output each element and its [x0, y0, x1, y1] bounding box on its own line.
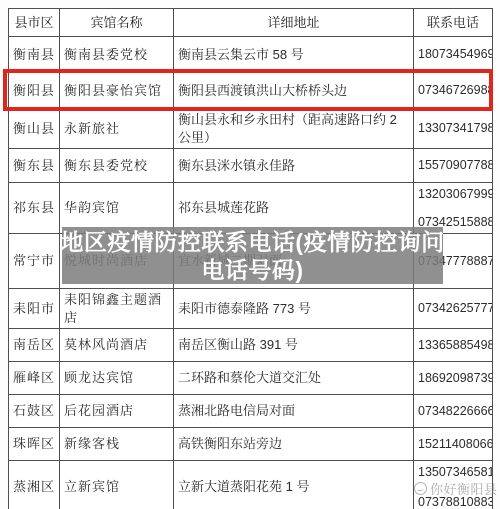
- table-row: 衡东县 衡东县委党校 衡东县洣水镇永佳路 15570907788: [9, 149, 493, 183]
- cell-address: 南岳区衡山路 391 号: [174, 329, 414, 362]
- header-phone: 联系电话: [414, 9, 493, 37]
- table-row-highlighted: 衡阳县 衡阳县豪怡宾馆 衡阳县西渡镇洪山大桥桥头边 07346726988: [9, 73, 493, 109]
- table-row: 蒸湘区 立新宾馆 立新大道蒸阳花苑 1 号 13507346581 073788…: [9, 461, 493, 509]
- cell-phone: 15570907788: [414, 149, 493, 183]
- cell-phone: 07346726988: [414, 73, 493, 109]
- phone-number: 15570907788: [418, 157, 488, 174]
- cell-phone: 13307341798: [414, 109, 493, 149]
- cell-district: 衡南县: [9, 37, 60, 73]
- cell-address: 宜水新城二期对面: [174, 234, 414, 289]
- cell-phone: 15211408066: [414, 428, 493, 461]
- cell-address: 衡山县永和乡永田村（距高速路口约 2 公里）: [174, 109, 414, 149]
- cell-district: 珠晖区: [9, 428, 60, 461]
- cell-hotel: 华韵宾馆: [60, 183, 174, 234]
- cell-hotel: 耒阳锦鑫主题酒店: [60, 289, 174, 329]
- cell-address: 衡南县云集云市 58 号: [174, 37, 414, 73]
- phone-number: 07378810883: [418, 494, 488, 509]
- cell-hotel: 衡东县委党校: [60, 149, 174, 183]
- article-image: 县市区 宾馆名称 详细地址 联系电话 衡南县 衡南县委党校 衡南县云集云市 58…: [0, 0, 500, 509]
- cell-hotel: 悦城时尚酒店: [60, 234, 174, 289]
- header-district: 县市区: [9, 9, 60, 37]
- cell-hotel: 新缘客栈: [60, 428, 174, 461]
- cell-address: 衡阳县西渡镇洪山大桥桥头边: [174, 73, 414, 109]
- cell-phone: 13507346581 07378810883: [414, 461, 493, 509]
- phone-number: 07347778887: [418, 253, 488, 270]
- cell-address: 衡东县洣水镇永佳路: [174, 149, 414, 183]
- phone-number: 13507346581: [418, 464, 488, 481]
- table-row: 耒阳市 耒阳锦鑫主题酒店 耒阳市德泰隆路 773 号 07342625777: [9, 289, 493, 329]
- table-row: 衡南县 衡南县委党校 衡南县云集云市 58 号 18073454969: [9, 37, 493, 73]
- cell-district: 雁峰区: [9, 362, 60, 395]
- cell-district: 衡东县: [9, 149, 60, 183]
- phone-number: 13307341798: [418, 120, 488, 137]
- cell-address: 祁东县城莲花路: [174, 183, 414, 234]
- cell-district: 衡山县: [9, 109, 60, 149]
- cell-hotel: 衡南县委党校: [60, 37, 174, 73]
- header-address: 详细地址: [174, 9, 414, 37]
- phone-number: 07342515888: [418, 214, 488, 231]
- cell-district: 耒阳市: [9, 289, 60, 329]
- table-row: 石鼓区 后花园酒店 蒸湘北路电信局对面 07348226666: [9, 395, 493, 428]
- phone-number: 15211408066: [418, 436, 488, 453]
- cell-address: 高铁衡阳东站旁边: [174, 428, 414, 461]
- table-row: 常宁市 悦城时尚酒店 宜水新城二期对面 07347778887: [9, 234, 493, 289]
- cell-address: 二环路和蔡伦大道交汇处: [174, 362, 414, 395]
- cell-address: 耒阳市德泰隆路 773 号: [174, 289, 414, 329]
- cell-phone: 07348226666: [414, 395, 493, 428]
- table-row: 雁峰区 顾龙达宾馆 二环路和蔡伦大道交汇处 18692098739: [9, 362, 493, 395]
- cell-hotel: 莫林风尚酒店: [60, 329, 174, 362]
- phone-number: 13365885498: [418, 337, 488, 354]
- phone-number: 07348226666: [418, 403, 488, 420]
- cell-district: 祁东县: [9, 183, 60, 234]
- cell-hotel: 衡阳县豪怡宾馆: [60, 73, 174, 109]
- phone-number: 18692098739: [418, 370, 488, 387]
- table-header-row: 县市区 宾馆名称 详细地址 联系电话: [9, 9, 493, 37]
- phone-number: 13203067999: [418, 186, 488, 203]
- cell-phone: 18692098739: [414, 362, 493, 395]
- cell-phone: 07342625777: [414, 289, 493, 329]
- cell-phone: 13203067999 07342515888: [414, 183, 493, 234]
- cell-district: 常宁市: [9, 234, 60, 289]
- cell-district: 石鼓区: [9, 395, 60, 428]
- phone-number: 07346726988: [418, 82, 488, 99]
- cell-hotel: 后花园酒店: [60, 395, 174, 428]
- table-row: 衡山县 永新旅社 衡山县永和乡永田村（距高速路口约 2 公里） 13307341…: [9, 109, 493, 149]
- cell-district: 南岳区: [9, 329, 60, 362]
- header-hotel-name: 宾馆名称: [60, 9, 174, 37]
- phone-number: 18073454969: [418, 46, 488, 63]
- table-row: 珠晖区 新缘客栈 高铁衡阳东站旁边 15211408066: [9, 428, 493, 461]
- cell-hotel: 顾龙达宾馆: [60, 362, 174, 395]
- phone-number: 07342625777: [418, 300, 488, 317]
- cell-hotel: 立新宾馆: [60, 461, 174, 509]
- cell-phone: 07347778887: [414, 234, 493, 289]
- cell-phone: 18073454969: [414, 37, 493, 73]
- cell-phone: 13365885498: [414, 329, 493, 362]
- cell-address: 立新大道蒸阳花苑 1 号: [174, 461, 414, 509]
- cell-hotel: 永新旅社: [60, 109, 174, 149]
- cell-district: 蒸湘区: [9, 461, 60, 509]
- hotel-contact-table: 县市区 宾馆名称 详细地址 联系电话 衡南县 衡南县委党校 衡南县云集云市 58…: [8, 8, 493, 509]
- cell-address: 蒸湘北路电信局对面: [174, 395, 414, 428]
- table-row: 祁东县 华韵宾馆 祁东县城莲花路 13203067999 07342515888: [9, 183, 493, 234]
- table-row: 南岳区 莫林风尚酒店 南岳区衡山路 391 号 13365885498: [9, 329, 493, 362]
- cell-district: 衡阳县: [9, 73, 60, 109]
